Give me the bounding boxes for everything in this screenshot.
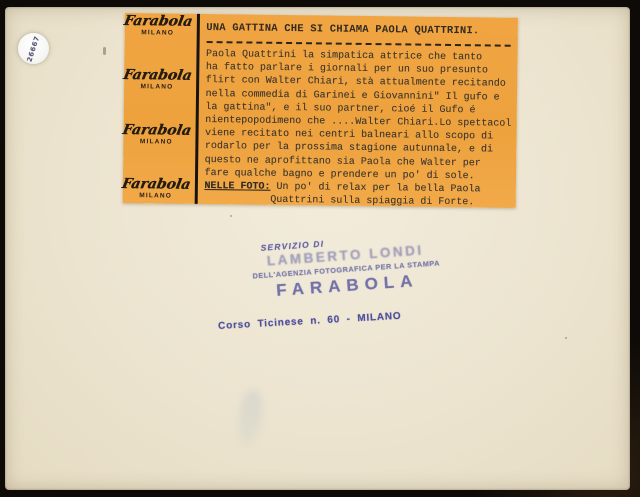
caption-label: FarabolaMILANOFarabolaMILANOFarabolaMILA… bbox=[123, 13, 518, 208]
caption-body: Paola Quattrini la simpatica attrice che… bbox=[204, 48, 512, 184]
title-underline-rule bbox=[206, 41, 510, 47]
paper-speck bbox=[230, 215, 232, 217]
paper-speck bbox=[565, 337, 567, 339]
logo-city-label: MILANO bbox=[123, 83, 191, 91]
letterhead-logo: FarabolaMILANO bbox=[122, 178, 192, 200]
agency-stamp: SERVIZIO DI LAMBERTO LONDI DELL'AGENZIA … bbox=[213, 228, 478, 305]
logo-city-label: MILANO bbox=[124, 29, 192, 37]
archive-number: 26667 bbox=[26, 34, 42, 62]
farabola-script-logo: Farabola bbox=[122, 15, 193, 29]
farabola-script-logo: Farabola bbox=[120, 178, 191, 192]
photo-back-scan: 26667 FarabolaMILANOFarabolaMILANOFarabo… bbox=[0, 0, 640, 497]
paper-speck bbox=[103, 47, 106, 55]
photo-paper: 26667 FarabolaMILANOFarabolaMILANOFarabo… bbox=[5, 7, 630, 490]
farabola-script-logo: Farabola bbox=[122, 69, 193, 83]
smudge-mark bbox=[234, 388, 266, 449]
letterhead-logo: FarabolaMILANO bbox=[123, 69, 193, 91]
letterhead-strip: FarabolaMILANOFarabolaMILANOFarabolaMILA… bbox=[123, 13, 197, 204]
farabola-script-logo: Farabola bbox=[121, 124, 192, 138]
note-text: Un po' di relax per la bella Paola bbox=[270, 182, 480, 196]
typed-caption: UNA GATTINA CHE SI CHIAMA PAOLA QUATTRIN… bbox=[197, 14, 518, 208]
archive-sticker: 26667 bbox=[18, 33, 49, 64]
stamp-address: Corso Ticinese n. 60 - MILANO bbox=[218, 309, 433, 332]
letterhead-logo: FarabolaMILANO bbox=[124, 15, 194, 37]
note-label: NELLE FOTO: bbox=[204, 181, 270, 193]
caption-title: UNA GATTINA CHE SI CHIAMA PAOLA QUATTRIN… bbox=[206, 22, 512, 38]
logo-city-label: MILANO bbox=[122, 138, 190, 146]
logo-city-label: MILANO bbox=[122, 192, 190, 200]
caption-note-line2: Quattrini sulla spiaggia di Forte. bbox=[204, 193, 510, 210]
letterhead-logo: FarabolaMILANO bbox=[122, 124, 192, 146]
